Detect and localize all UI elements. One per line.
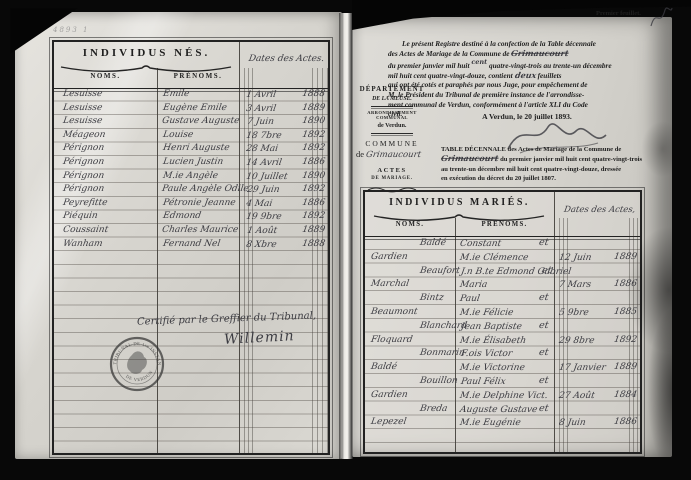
stamp-crest bbox=[127, 351, 147, 374]
birth-row: Peyrefitte Pétronie Jeanne 4 Mai1886 bbox=[54, 197, 328, 211]
row-date: 28 Mai1892 bbox=[236, 142, 328, 156]
row-prenoms: Paulet bbox=[454, 291, 551, 305]
row-prenoms: Eugène Emile bbox=[154, 102, 237, 116]
row-nom: Lesuisse bbox=[53, 102, 157, 116]
scanned-registry-page: 4893 1 INDIVIDUS NÉS. Dates des Actes. N… bbox=[0, 0, 691, 480]
col-header-prenoms: PRÉNOMS. bbox=[455, 221, 554, 228]
row-date bbox=[552, 236, 640, 250]
row-date: 18 7bre1892 bbox=[236, 129, 328, 143]
row-liaison-et: et bbox=[538, 319, 550, 333]
row-date bbox=[552, 374, 640, 388]
commune-handwritten-insert: Grimaucourt bbox=[511, 49, 570, 59]
row-date-annee: 1892 bbox=[301, 183, 326, 197]
actes-label: ACTES bbox=[354, 167, 430, 174]
row-prenoms: M.ie Élisabeth bbox=[454, 333, 552, 347]
intro-line: ment communal de Verdun, conformément à … bbox=[388, 100, 668, 110]
row-nom: Blanchard bbox=[364, 319, 456, 333]
row-prenoms: Pétronie Jeanne bbox=[154, 197, 237, 211]
row-nom: Peyrefitte bbox=[53, 197, 157, 211]
row-prenoms: Emile bbox=[154, 88, 237, 102]
row-nom: Floquard bbox=[364, 333, 455, 347]
row-prenoms: Edmond bbox=[154, 210, 237, 224]
intro-line: mil huit cent quatre-vingt-douze, contie… bbox=[388, 71, 668, 81]
birth-row: Lesuisse Eugène Emile 3 Avril1889 bbox=[54, 102, 328, 116]
row-nom: Lesuisse bbox=[53, 115, 156, 129]
row-date: 29 8bre1892 bbox=[551, 333, 640, 347]
birth-row: Coussaint Charles Maurice 1 Août1889 bbox=[54, 224, 328, 238]
margin-divider bbox=[371, 133, 413, 134]
marriage-row: Beaufort J.n B.te Edmond Gabrielet bbox=[365, 264, 640, 278]
birth-row: Lesuisse Emile 1 Avril1888 bbox=[54, 88, 328, 102]
row-date: 10 Juillet1890 bbox=[236, 170, 328, 184]
birth-row: Pérignon Lucien Justin 14 Avril1886 bbox=[54, 156, 328, 170]
intro-line: du premier janvier mil huit cent quatre-… bbox=[388, 58, 668, 71]
row-date-annee: 1892 bbox=[613, 333, 638, 347]
row-nom: Baldé bbox=[364, 360, 455, 374]
marriage-row: Blanchard Jean Baptisteet bbox=[365, 319, 640, 333]
row-liaison-et: et bbox=[538, 236, 550, 250]
row-date: 7 Juin1890 bbox=[237, 115, 328, 129]
marriages-table: INDIVIDUS MARIÉS. Dates des Actes, NOMS.… bbox=[363, 190, 642, 454]
row-date-jour: 8 Xbre bbox=[245, 239, 278, 253]
row-prenoms-text: M.ie Eugénie bbox=[459, 416, 522, 430]
marriage-row: Baldé M.ie Victorine 17 Janvier1889 bbox=[365, 360, 640, 374]
commune-handwritten-insert: Grimaucourt bbox=[440, 154, 499, 163]
intro-text: du premier janvier mil huit bbox=[388, 61, 471, 70]
row-prenoms: M.ie Clémence bbox=[454, 250, 552, 264]
marriage-row: Bonmarin F.ois Victoret bbox=[365, 346, 640, 360]
marriage-row: Bintz Paulet bbox=[365, 291, 640, 305]
intro-line: des Actes de Mariage de la Commune de Gr… bbox=[388, 49, 668, 59]
row-date-annee: 1889 bbox=[301, 224, 326, 238]
register-declaration: Le présent Registre destiné à la confect… bbox=[388, 39, 668, 119]
row-date: 17 Janvier1889 bbox=[551, 360, 640, 374]
row-date bbox=[552, 346, 640, 360]
row-liaison-et: et bbox=[538, 402, 550, 416]
arrondissement-value: de Verdun. bbox=[354, 122, 430, 129]
row-prenoms: Charles Maurice bbox=[154, 224, 238, 238]
row-date-annee: 1888 bbox=[301, 238, 326, 252]
row-prenoms: Constantet bbox=[454, 236, 551, 250]
row-prenoms: J.n B.te Edmond Gabrielet bbox=[455, 264, 554, 278]
row-prenoms: Paule Angèle Odile bbox=[154, 183, 238, 197]
row-prenoms: M.ie Félicie bbox=[454, 305, 552, 319]
commune-value: de Grimaucourt bbox=[354, 149, 430, 160]
row-nom: Gardien bbox=[364, 250, 455, 264]
marriage-row: Bouillon Paul Félixet bbox=[365, 374, 640, 388]
intro-line: M. le Président du Tribunal de première … bbox=[388, 90, 668, 100]
row-date: 7 Mars1886 bbox=[551, 277, 640, 291]
row-date-annee: 1884 bbox=[613, 388, 638, 402]
paraph-flourish bbox=[648, 4, 674, 30]
row-prenoms: Louise bbox=[154, 129, 237, 143]
births-dates-header: Dates des Actes. bbox=[235, 42, 335, 88]
cent-handwritten-insert: cent bbox=[471, 58, 487, 66]
marriage-row: Baldé Constantet bbox=[365, 236, 640, 250]
row-nom: Pérignon bbox=[53, 156, 157, 170]
birth-row: Lesuisse Gustave Auguste 7 Juin1890 bbox=[54, 115, 328, 129]
row-date: 4 Mai1886 bbox=[236, 197, 328, 211]
row-nom: Beaumont bbox=[364, 305, 455, 319]
commune-label: COMMUNE bbox=[354, 139, 430, 148]
row-date: 1 Août1889 bbox=[237, 224, 328, 238]
row-prenoms: M.ie Delphine Vict. bbox=[454, 388, 552, 402]
row-prenoms: Henri Auguste bbox=[154, 142, 237, 156]
birth-row: Pérignon Henri Auguste 28 Mai1892 bbox=[54, 142, 328, 156]
pencil-annotation: 4893 1 bbox=[53, 26, 90, 34]
row-prenoms: Maria bbox=[454, 277, 552, 291]
birth-row: Piéquin Edmond 19 9bre1892 bbox=[54, 210, 328, 224]
intro-text: des Actes de Mariage de la Commune de bbox=[388, 49, 511, 58]
births-table-body: Lesuisse Emile 1 Avril1888 Lesuisse Eugè… bbox=[54, 88, 328, 453]
row-prenoms: F.ois Victoret bbox=[455, 346, 552, 360]
decennale-line: en exécution du décret du 20 juillet 180… bbox=[441, 174, 651, 183]
row-date-annee: 1890 bbox=[301, 115, 326, 129]
marriage-row: Breda Auguste Gustaveet bbox=[365, 402, 640, 416]
births-table-header: INDIVIDUS NÉS. Dates des Actes. NOMS. PR… bbox=[54, 42, 328, 88]
row-nom: Beaufort bbox=[364, 264, 456, 278]
intro-text: quatre-vingt-trois au trente-un décembre bbox=[487, 61, 611, 70]
row-date-annee: 1886 bbox=[301, 197, 326, 211]
row-nom: Bouillon bbox=[364, 374, 456, 388]
row-date-annee: 1889 bbox=[301, 102, 326, 116]
row-nom: Breda bbox=[364, 402, 456, 416]
row-date-annee: 1892 bbox=[301, 210, 326, 224]
premier-feuillet-label: Premier feuillet. bbox=[596, 10, 641, 17]
marriage-row: Gardien M.ie Clémence 12 Juin1889 bbox=[365, 250, 640, 264]
row-date: 5 9bre1885 bbox=[551, 305, 640, 319]
row-date-annee: 1889 bbox=[613, 250, 638, 264]
row-date: 27 Août1884 bbox=[551, 388, 640, 402]
row-prenoms: Paul Félixet bbox=[455, 374, 552, 388]
col-header-noms: NOMS. bbox=[365, 221, 455, 228]
row-prenoms: M.ie Victorine bbox=[454, 360, 552, 374]
row-date-jour: 8 Juin bbox=[558, 416, 587, 430]
row-date: 14 Avril1886 bbox=[236, 156, 328, 170]
left-page: 4893 1 INDIVIDUS NÉS. Dates des Actes. N… bbox=[15, 12, 342, 459]
row-nom: Pérignon bbox=[53, 170, 157, 184]
row-prenoms: Gustave Auguste bbox=[154, 115, 238, 129]
decennale-text: du premier janvier mil huit cent quatre-… bbox=[498, 156, 642, 163]
row-nom: Lepezel bbox=[364, 415, 455, 429]
row-liaison-et: et bbox=[540, 264, 552, 278]
decennale-line: au trente-un décembre mil huit cent quat… bbox=[441, 165, 651, 174]
intro-line: qui ont été cotés et paraphés par nous J… bbox=[388, 80, 668, 90]
row-date bbox=[552, 402, 640, 416]
col-header-noms: NOMS. bbox=[54, 72, 157, 80]
row-prenoms: Lucien Justin bbox=[154, 156, 237, 170]
row-liaison-et: et bbox=[538, 291, 550, 305]
marriages-table-body: Baldé Constantet Gardien M.ie Clémence 1… bbox=[365, 236, 640, 452]
row-liaison-et: et bbox=[538, 374, 550, 388]
row-date: 8 Xbre1888 bbox=[236, 238, 328, 252]
row-nom: Pérignon bbox=[53, 142, 157, 156]
marriage-row: Lepezel M.ie Eugénie 8 Juin1886 bbox=[365, 415, 640, 429]
row-nom: Bintz bbox=[364, 291, 456, 305]
decennale-heading: TABLE DÉCENNALE des Actes de Mariage de … bbox=[441, 145, 651, 184]
birth-row: Pérignon Paule Angèle Odile 29 Juin1892 bbox=[54, 183, 328, 197]
intro-text: feuillets bbox=[536, 71, 562, 80]
row-date bbox=[552, 291, 640, 305]
row-nom: Pérignon bbox=[53, 183, 156, 197]
commune-handwritten: Grimaucourt bbox=[365, 150, 422, 160]
birth-row: Méageon Louise 18 7bre1892 bbox=[54, 129, 328, 143]
row-date bbox=[554, 264, 640, 278]
right-page: DÉPARTEMENT DE LA MEUSE. ARRONDISSEMENT … bbox=[352, 17, 672, 457]
row-date: 12 Juin1889 bbox=[551, 250, 640, 264]
row-date: 8 Juin1886 bbox=[551, 415, 640, 429]
row-prenoms: M.ie Eugénie bbox=[454, 415, 552, 429]
row-nom: Piéquin bbox=[53, 210, 157, 224]
row-date: 19 9bre1892 bbox=[236, 210, 328, 224]
row-nom: Coussaint bbox=[53, 224, 156, 238]
col-header-prenoms: PRÉNOMS. bbox=[157, 72, 239, 80]
row-nom: Bonmarin bbox=[364, 346, 456, 360]
row-nom: Marchal bbox=[364, 277, 455, 291]
row-prenoms: Jean Baptisteet bbox=[455, 319, 552, 333]
births-table: INDIVIDUS NÉS. Dates des Actes. NOMS. PR… bbox=[52, 40, 330, 455]
row-date-annee: 1892 bbox=[301, 142, 326, 156]
births-subheader: NOMS. PRÉNOMS. bbox=[54, 68, 239, 88]
commune-de: de bbox=[356, 149, 364, 159]
row-liaison-et: et bbox=[538, 346, 550, 360]
row-date-annee: 1888 bbox=[301, 88, 326, 102]
tribunal-stamp: TRIBUNAL DE 1re INSTANCE DE VERDUN bbox=[109, 336, 165, 392]
row-prenoms: M.ie Angèle bbox=[154, 170, 237, 184]
row-date-annee: 1890 bbox=[301, 170, 326, 184]
marriage-row: Beaumont M.ie Félicie 5 9bre1885 bbox=[365, 305, 640, 319]
birth-row: Wanham Fernand Nel 8 Xbre1888 bbox=[54, 238, 328, 252]
row-nom: Baldé bbox=[364, 236, 456, 250]
row-date: 3 Avril1889 bbox=[236, 102, 328, 116]
row-date-annee: 1892 bbox=[301, 129, 326, 143]
row-prenoms: Fernand Nel bbox=[154, 238, 237, 252]
row-date bbox=[552, 319, 640, 333]
row-date-annee: 1885 bbox=[613, 305, 638, 319]
row-nom: Gardien bbox=[364, 388, 455, 402]
row-nom: Lesuisse bbox=[53, 88, 157, 102]
birth-row: Pérignon M.ie Angèle 10 Juillet1890 bbox=[54, 170, 328, 184]
intro-text: mil huit cent quatre-vingt-douze, contie… bbox=[388, 71, 515, 80]
actes-sublabel: DE MARIAGE. bbox=[354, 176, 430, 181]
marriage-row: Gardien M.ie Delphine Vict. 27 Août1884 bbox=[365, 388, 640, 402]
row-date-annee: 1886 bbox=[613, 277, 638, 291]
row-prenoms: Auguste Gustaveet bbox=[454, 402, 551, 416]
row-date-annee: 1886 bbox=[301, 156, 326, 170]
book-gutter bbox=[339, 13, 353, 459]
marriage-row: Floquard M.ie Élisabeth 29 8bre1892 bbox=[365, 333, 640, 347]
feuillets-count-handwritten: deux bbox=[514, 71, 537, 81]
row-date: 29 Juin1892 bbox=[237, 183, 328, 197]
decennale-line: Grimaucourt du premier janvier mil huit … bbox=[441, 154, 651, 164]
row-date-annee: 1889 bbox=[613, 360, 638, 374]
row-nom: Wanham bbox=[53, 238, 157, 252]
row-date: 1 Avril1888 bbox=[236, 88, 328, 102]
row-nom: Méageon bbox=[53, 129, 157, 143]
marriage-row: Marchal Maria 7 Mars1886 bbox=[365, 277, 640, 291]
row-date-annee: 1886 bbox=[613, 415, 638, 429]
